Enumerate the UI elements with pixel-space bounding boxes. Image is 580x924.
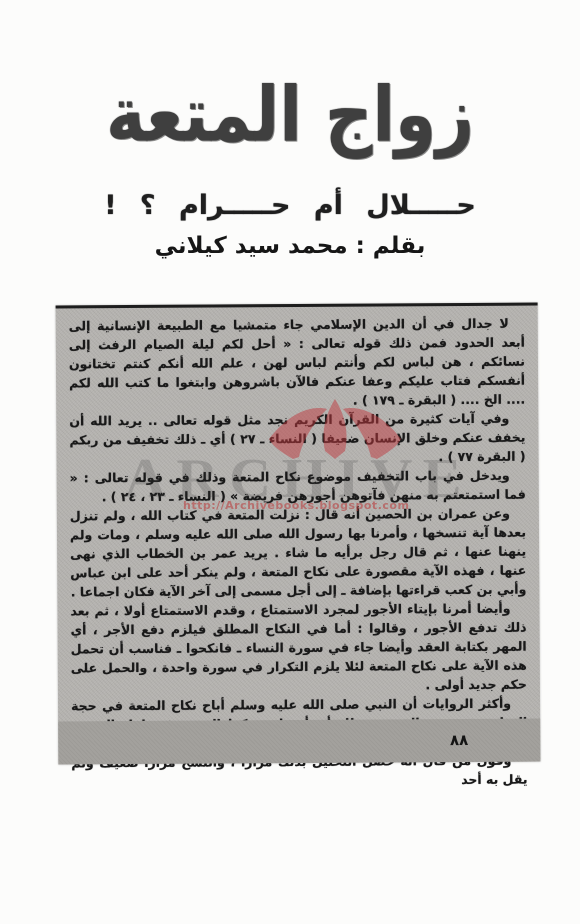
book-title-calligraphy: زواج المتعة (0, 43, 580, 187)
author-byline: بقلم : محمد سيد كيلاني (0, 233, 580, 259)
paragraph: ويدخل في باب التخفيف موضوع نكاح المتعة و… (70, 466, 526, 507)
paragraph: وأيضا أمرنا بإيتاء الأجور لمجرد الاستمتا… (70, 599, 527, 697)
scanned-book-page: { "header": { "title": "زواج المتعة", "s… (0, 0, 580, 924)
scan-edge-shadow-band: ٨٨ (58, 719, 540, 765)
page-number: ٨٨ (450, 731, 468, 749)
book-subtitle: حـــــلال أم حـــــرام ؟ ! (0, 190, 580, 221)
paragraph: وفي آيات كثيرة من القرآن الكريم نجد مثل … (69, 409, 525, 469)
paragraph: لا جدال في أن الدين الإسلامي جاء متمشيا … (69, 314, 526, 412)
paragraph: وعن عمران بن الحصين أنه قال : نزلت المتع… (70, 504, 527, 602)
scanned-text-block: لا جدال في أن الدين الإسلامي جاء متمشيا … (56, 303, 541, 765)
